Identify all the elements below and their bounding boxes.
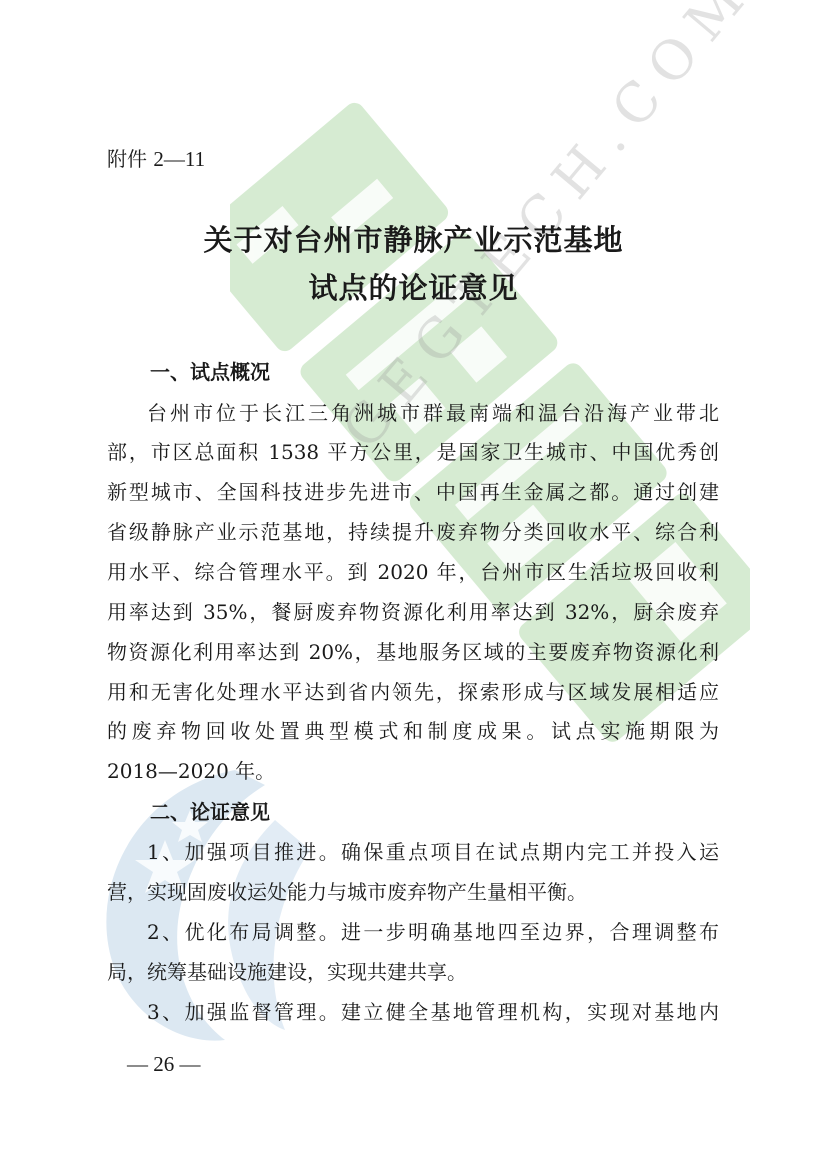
paragraph-line: 营，实现固废收运处能力与城市废弃物产生量相平衡。 [107, 876, 719, 905]
paragraph-line: 台州市位于长江三角洲城市群最南端和温台沿海产业带北 [147, 397, 719, 426]
paragraph-line: 新型城市、全国科技进步先进市、中国再生金属之都。通过创建 [107, 476, 719, 505]
section-heading-overview: 一、试点概况 [150, 356, 270, 385]
paragraph-line: 物资源化利用率达到 20%，基地服务区域的主要废弃物资源化利 [107, 636, 719, 665]
attachment-label: 附件 2—11 [107, 143, 205, 172]
document-page: 附件 2—11 关于对台州市静脉产业示范基地 试点的论证意见 一、试点概况 台州… [0, 0, 827, 1169]
section-heading-opinions: 二、论证意见 [150, 796, 270, 825]
document-title-line-2: 试点的论证意见 [0, 266, 827, 307]
page-number: — 26 — [127, 1052, 201, 1077]
paragraph-line: 2、优化布局调整。进一步明确基地四至边界，合理调整布 [147, 916, 719, 945]
paragraph-line: 部，市区总面积 1538 平方公里，是国家卫生城市、中国优秀创 [107, 436, 719, 465]
paragraph-line: 用和无害化处理水平达到省内领先，探索形成与区域发展相适应 [107, 676, 719, 705]
paragraph-line: 局，统筹基础设施建设，实现共建共享。 [107, 956, 719, 985]
paragraph-line: 省级静脉产业示范基地，持续提升废弃物分类回收水平、综合利 [107, 516, 719, 545]
document-title-line-1: 关于对台州市静脉产业示范基地 [0, 218, 827, 259]
paragraph-line: 用水平、综合管理水平。到 2020 年，台州市区生活垃圾回收利 [107, 556, 719, 585]
paragraph-line: 的废弃物回收处置典型模式和制度成果。试点实施期限为 [107, 715, 719, 744]
attachment-prefix: 附件 [107, 147, 147, 171]
paragraph-line: 1、加强项目推进。确保重点项目在试点期内完工并投入运 [147, 836, 719, 865]
attachment-number: 2—11 [153, 147, 205, 171]
paragraph-line: 2018—2020 年。 [107, 755, 719, 784]
paragraph-line: 用率达到 35%，餐厨废弃物资源化利用率达到 32%，厨余废弃 [107, 596, 719, 625]
paragraph-line: 3、加强监督管理。建立健全基地管理机构，实现对基地内 [147, 996, 719, 1025]
